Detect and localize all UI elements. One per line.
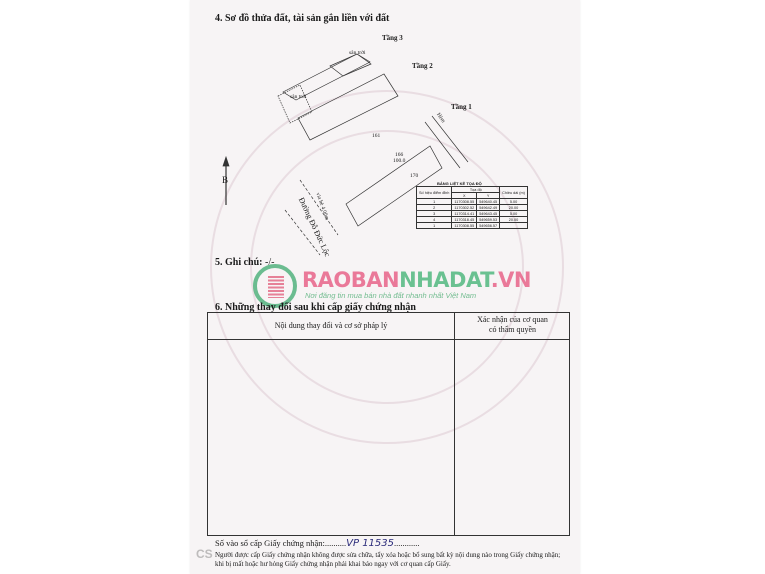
registration-value: VP 11535	[346, 538, 394, 549]
floor-2-label: Tầng 2	[412, 62, 433, 70]
registration-label: Số vào sổ cấp Giấy chứng nhận:	[215, 538, 325, 548]
coord-cell-y: 549656.57	[477, 223, 500, 229]
header-authority-line2: có thẩm quyền	[454, 325, 571, 335]
watermark-brand: RAOBANNHADAT.VN	[302, 268, 531, 292]
watermark-slogan: Nơi đăng tin mua bán nhà đất nhanh nhất …	[305, 291, 476, 300]
parcel-north-label: 161	[372, 133, 380, 139]
header-change-content: Nội dung thay đổi và cơ sở pháp lý	[208, 321, 454, 331]
watermark-brand-part2: NHADAT	[399, 268, 491, 292]
north-label: B	[222, 175, 228, 185]
coord-cell-x: 1170308.55	[452, 223, 477, 229]
floor-1-label: Tầng 1	[451, 103, 472, 111]
parcel-south-label: 170	[410, 173, 418, 179]
certificate-note: Người được cấp Giấy chứng nhận không đượ…	[215, 551, 570, 569]
coord-cell-point: 1	[417, 223, 452, 229]
floor-3-label: Tầng 3	[382, 34, 403, 42]
open-space-label: sân trời	[349, 50, 366, 56]
coord-table-row: 11170308.55549656.57	[417, 223, 528, 229]
coord-table: Số hiệu điểm đỉnh Tọa độ Chiều dài (m) X…	[416, 186, 528, 229]
parcel-area-label: 100.0	[393, 158, 405, 164]
changes-table: Nội dung thay đổi và cơ sở pháp lý Xác n…	[207, 312, 570, 536]
coord-header-point: Số hiệu điểm đỉnh	[417, 187, 452, 199]
building-icon	[268, 276, 284, 298]
changes-content-column	[208, 313, 455, 535]
section5-label: 5. Ghi chú:	[215, 257, 263, 268]
open-space-label-2: sân trời	[290, 94, 307, 100]
coord-header-length: Chiều dài (m)	[500, 187, 528, 199]
header-authority-confirmation: Xác nhận của cơ quan có thẩm quyền	[454, 315, 571, 335]
coord-cell-length	[500, 223, 528, 229]
registration-dots-2: ............	[394, 538, 420, 548]
scanner-watermark: CS	[196, 547, 213, 561]
header-authority-line1: Xác nhận của cơ quan	[454, 315, 571, 325]
watermark-brand-part1: RAOBAN	[302, 268, 399, 292]
registration-dots-1: ..........	[325, 538, 346, 548]
watermark-brand-part3: .VN	[491, 268, 531, 292]
registration-number-line: Số vào sổ cấp Giấy chứng nhận:..........…	[215, 538, 420, 549]
